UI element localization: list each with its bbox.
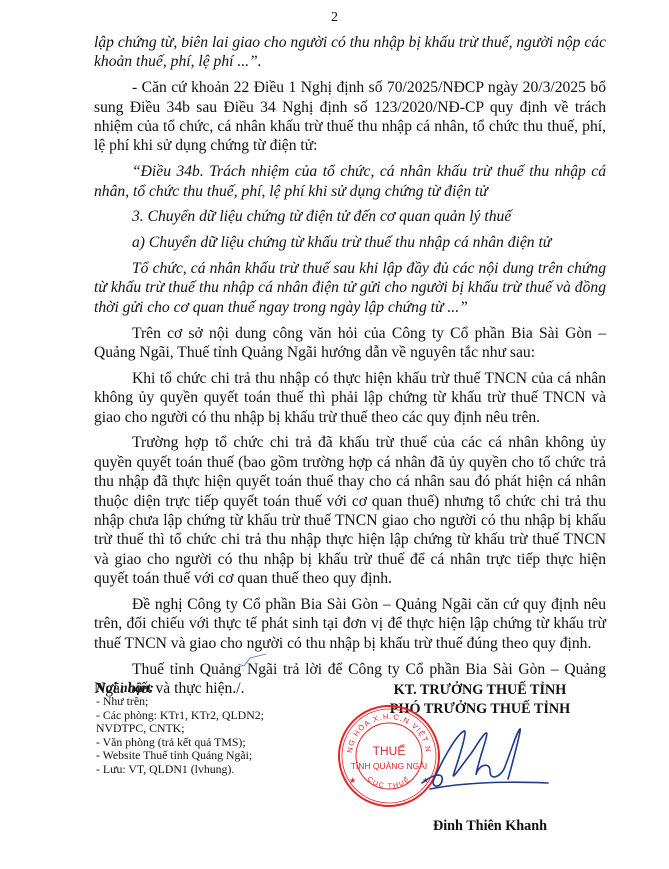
paragraph: lập chứng từ, biên lai giao cho người có… (94, 33, 606, 72)
paragraph: a) Chuyển dữ liệu chứng từ khấu trừ thuế… (94, 233, 606, 252)
paragraph: - Căn cứ khoản 22 Điều 1 Nghị định số 70… (94, 78, 606, 156)
initial-mark-icon (236, 652, 268, 668)
document-body: lập chứng từ, biên lai giao cho người có… (94, 33, 606, 705)
paragraph: Khi tổ chức chi trả thu nhập có thực hiệ… (94, 369, 606, 427)
svg-text:TỈNH QUẢNG NGÃI: TỈNH QUẢNG NGÃI (351, 760, 428, 771)
paragraph: “Điều 34b. Trách nhiệm của tổ chức, cá n… (94, 162, 606, 201)
recipient-item: - Như trên; (96, 695, 316, 709)
svg-text:CỤC THUẾ: CỤC THUẾ (366, 774, 413, 791)
recipients-block: Nơi nhận: - Như trên;- Các phòng: KTr1, … (96, 680, 316, 777)
recipient-item: - Các phòng: KTr1, KTr2, QLDN2; NVDTPC, … (96, 709, 316, 736)
paragraph: Trường hợp tổ chức chi trả đã khấu trừ t… (94, 433, 606, 588)
paragraph: 3. Chuyển dữ liệu chứng từ điện tử đến c… (94, 207, 606, 226)
paragraph: Trên cơ sở nội dung công văn hỏi của Côn… (94, 324, 606, 363)
recipient-item: - Lưu: VT, QLDN1 (lvhung). (96, 763, 316, 777)
signer-name: Đinh Thiên Khanh (410, 818, 570, 835)
paragraph: Tổ chức, cá nhân khấu trừ thuế sau khi l… (94, 259, 606, 317)
signer-title-line1: KT. TRƯỞNG THUẾ TỈNH (360, 681, 600, 700)
signature-icon (420, 725, 550, 795)
page-number: 2 (0, 10, 669, 26)
paragraph: Đề nghị Công ty Cổ phần Bia Sài Gòn – Qu… (94, 595, 606, 653)
svg-text:THUẾ: THUẾ (373, 743, 406, 758)
recipient-item: - Website Thuế tỉnh Quảng Ngãi; (96, 749, 316, 763)
svg-text:★: ★ (349, 776, 356, 785)
recipient-item: - Văn phòng (trả kết quả TMS); (96, 736, 316, 750)
recipients-list: - Như trên;- Các phòng: KTr1, KTr2, QLDN… (96, 695, 316, 777)
recipients-title: Nơi nhận: (96, 680, 316, 695)
